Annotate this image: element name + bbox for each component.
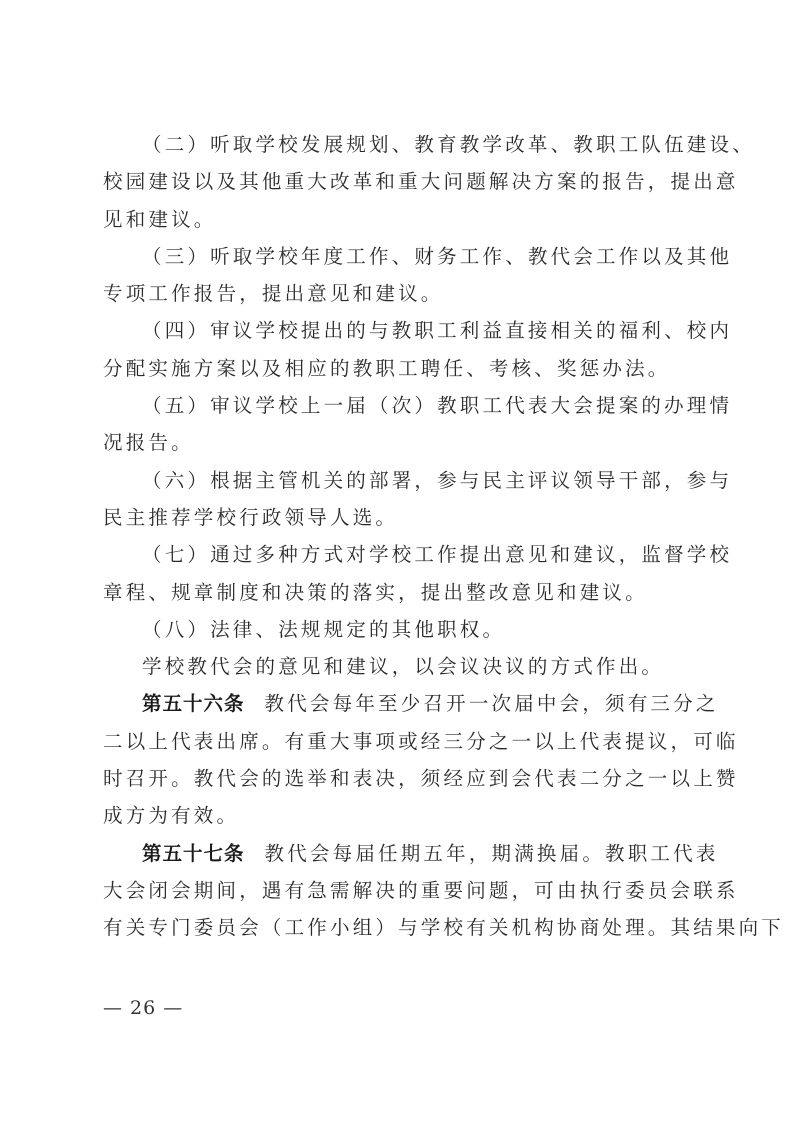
text-line: 校园建设以及其他重大改革和重大问题解决方案的报告，提出意 (103, 163, 693, 200)
article-57-text: 教代会每届任期五年，期满换届。教职工代表 (265, 842, 719, 865)
text-line: 分配实施方案以及相应的教职工聘任、考核、奖惩办法。 (103, 350, 693, 387)
text-line: （三）听取学校年度工作、财务工作、教代会工作以及其他 (103, 238, 693, 275)
text-line: （五）审议学校上一届（次）教职工代表大会提案的办理情 (103, 387, 693, 424)
text-line: 时召开。教代会的选举和表决，须经应到会代表二分之一以上赞 (103, 760, 693, 797)
article-56-first-line: 第五十六条教代会每年至少召开一次届中会，须有三分之 (103, 685, 693, 722)
text-line: 况报告。 (103, 424, 693, 461)
article-57-first-line: 第五十七条教代会每届任期五年，期满换届。教职工代表 (103, 835, 693, 872)
text-line: 专项工作报告，提出意见和建议。 (103, 275, 693, 312)
text-line: 大会闭会期间，遇有急需解决的重要问题，可由执行委员会联系 (103, 872, 693, 909)
text-line: 学校教代会的意见和建议，以会议决议的方式作出。 (103, 648, 693, 685)
text-line: 成方为有效。 (103, 797, 693, 834)
page-number: — 26 — (103, 997, 183, 1019)
article-57-number: 第五十七条 (142, 842, 245, 865)
text-line: 二以上代表出席。有重大事项或经三分之一以上代表提议，可临 (103, 723, 693, 760)
text-line: （八）法律、法规规定的其他职权。 (103, 611, 693, 648)
document-body: （二）听取学校发展规划、教育教学改革、教职工队伍建设、 校园建设以及其他重大改革… (103, 126, 693, 947)
text-line: （四）审议学校提出的与教职工利益直接相关的福利、校内 (103, 312, 693, 349)
text-line: （六）根据主管机关的部署，参与民主评议领导干部，参与 (103, 462, 693, 499)
text-line: （七）通过多种方式对学校工作提出意见和建议，监督学校 (103, 536, 693, 573)
text-line: 民主推荐学校行政领导人选。 (103, 499, 693, 536)
article-56-text: 教代会每年至少召开一次届中会，须有三分之 (265, 692, 719, 715)
text-line: 见和建议。 (103, 201, 693, 238)
text-line: 章程、规章制度和决策的落实，提出整改意见和建议。 (103, 574, 693, 611)
text-line: （二）听取学校发展规划、教育教学改革、教职工队伍建设、 (103, 126, 693, 163)
text-line: 有关专门委员会（工作小组）与学校有关机构协商处理。其结果向下 (103, 909, 693, 946)
article-56-number: 第五十六条 (142, 692, 245, 715)
